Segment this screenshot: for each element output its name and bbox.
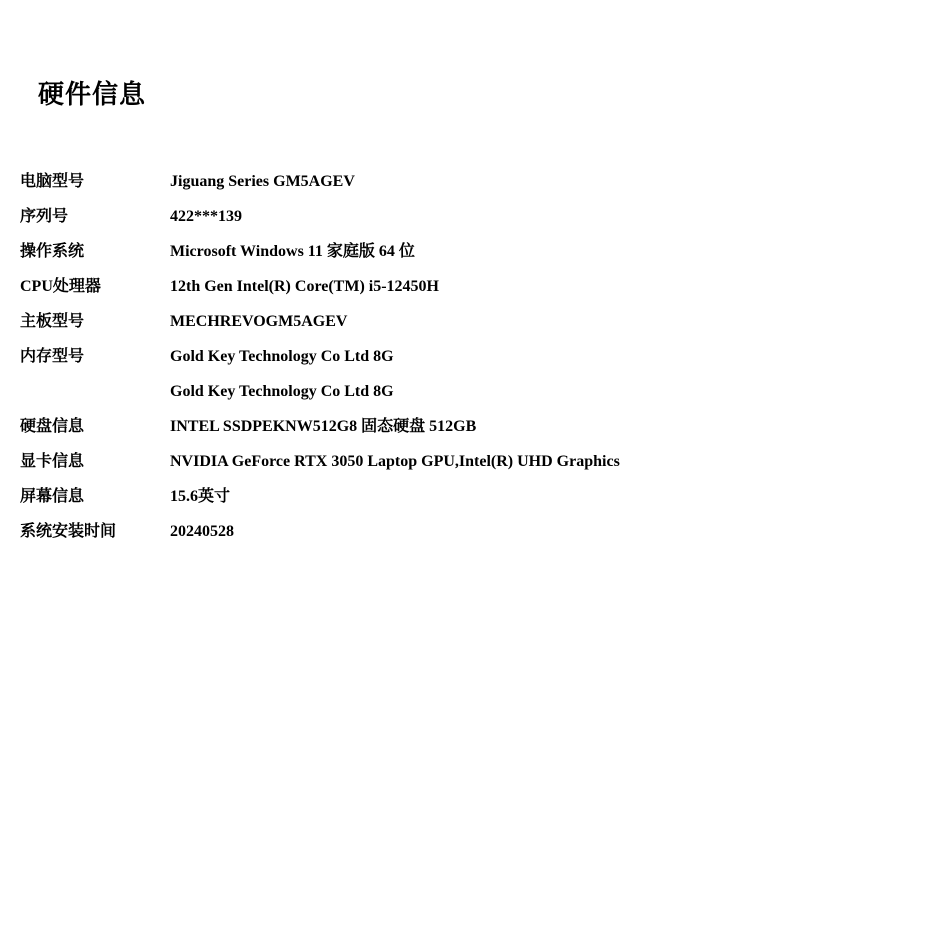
info-value: 12th Gen Intel(R) Core(TM) i5-12450H [170,269,439,304]
info-value: NVIDIA GeForce RTX 3050 Laptop GPU,Intel… [170,444,620,479]
info-value: Microsoft Windows 11 家庭版 64 位 [170,234,415,269]
info-value: MECHREVOGM5AGEV [170,304,347,339]
info-value: 422***139 [170,199,242,234]
info-row-install-date: 系统安装时间 20240528 [20,514,620,549]
info-label: 内存型号 [20,339,170,374]
page-title: 硬件信息 [38,80,146,110]
info-row-serial-number: 序列号 422***139 [20,199,620,234]
info-label: 硬盘信息 [20,409,170,444]
info-label: 操作系统 [20,234,170,269]
info-label: 屏幕信息 [20,479,170,514]
info-value: INTEL SSDPEKNW512G8 固态硬盘 512GB [170,409,476,444]
info-value: Gold Key Technology Co Ltd 8G [170,339,394,374]
info-value: Gold Key Technology Co Ltd 8G [170,374,394,409]
info-row-screen: 屏幕信息 15.6英寸 [20,479,620,514]
hardware-info-page: 硬件信息 电脑型号 Jiguang Series GM5AGEV 序列号 422… [0,0,926,926]
info-label: 序列号 [20,199,170,234]
info-label: CPU处理器 [20,269,170,304]
info-value: 20240528 [170,514,234,549]
info-label: 主板型号 [20,304,170,339]
info-row-disk: 硬盘信息 INTEL SSDPEKNW512G8 固态硬盘 512GB [20,409,620,444]
info-value: Jiguang Series GM5AGEV [170,164,355,199]
info-row-operating-system: 操作系统 Microsoft Windows 11 家庭版 64 位 [20,234,620,269]
info-row-motherboard: 主板型号 MECHREVOGM5AGEV [20,304,620,339]
hardware-info-list: 电脑型号 Jiguang Series GM5AGEV 序列号 422***13… [20,164,620,549]
info-row-computer-model: 电脑型号 Jiguang Series GM5AGEV [20,164,620,199]
info-label: 系统安装时间 [20,514,170,549]
info-row-memory: 内存型号 Gold Key Technology Co Ltd 8G Gold … [20,339,620,409]
info-label: 电脑型号 [20,164,170,199]
info-row-gpu: 显卡信息 NVIDIA GeForce RTX 3050 Laptop GPU,… [20,444,620,479]
info-row-cpu: CPU处理器 12th Gen Intel(R) Core(TM) i5-124… [20,269,620,304]
info-label: 显卡信息 [20,444,170,479]
info-value: 15.6英寸 [170,479,230,514]
